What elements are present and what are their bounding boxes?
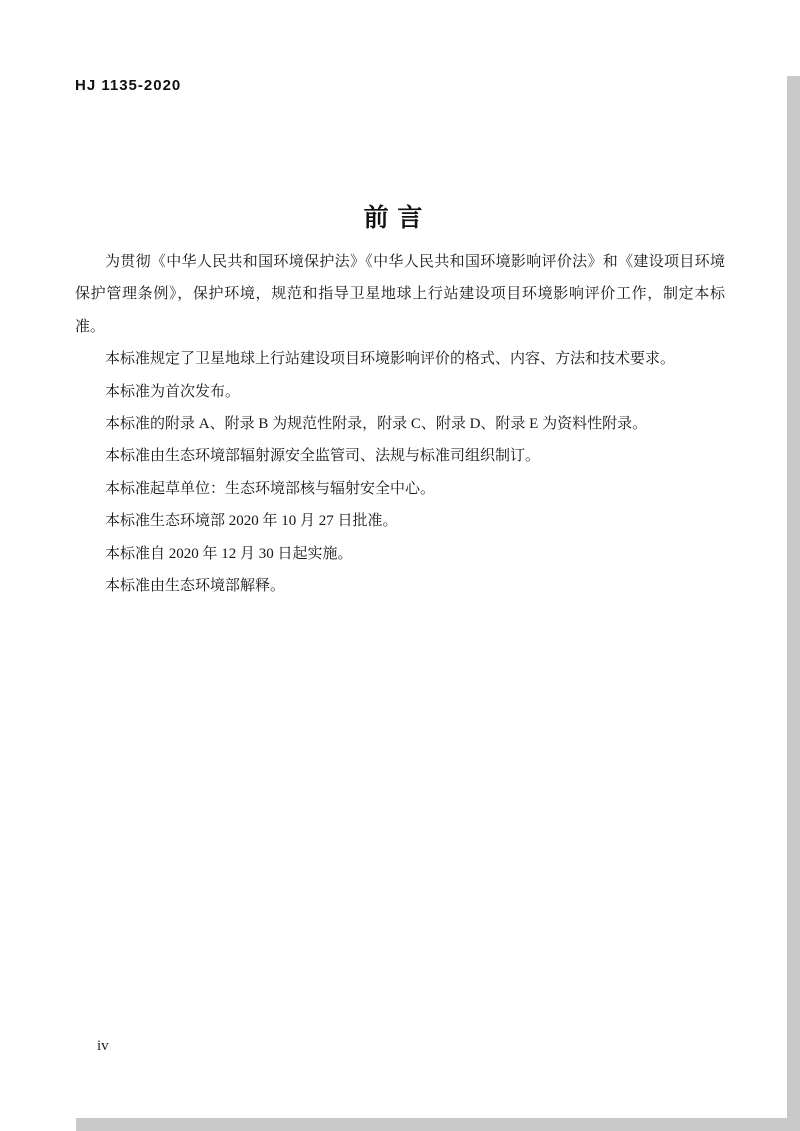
- foreword-paragraph: 本标准自 2020 年 12 月 30 日起实施。: [75, 538, 725, 570]
- foreword-paragraph: 为贯彻《中华人民共和国环境保护法》《中华人民共和国环境影响评价法》和《建设项目环…: [75, 246, 725, 343]
- foreword-body: 为贯彻《中华人民共和国环境保护法》《中华人民共和国环境影响评价法》和《建设项目环…: [75, 246, 725, 602]
- foreword-paragraph: 本标准起草单位：生态环境部核与辐射安全中心。: [75, 473, 725, 505]
- foreword-paragraph: 本标准规定了卫星地球上行站建设项目环境影响评价的格式、内容、方法和技术要求。: [75, 343, 725, 375]
- page-edge-shadow-right: [787, 76, 800, 1131]
- page-title: 前言: [0, 198, 786, 234]
- foreword-paragraph: 本标准由生态环境部解释。: [75, 570, 725, 602]
- foreword-paragraph: 本标准的附录 A、附录 B 为规范性附录，附录 C、附录 D、附录 E 为资料性…: [75, 408, 725, 440]
- standard-number-header: HJ 1135-2020: [75, 77, 181, 94]
- foreword-paragraph: 本标准生态环境部 2020 年 10 月 27 日批准。: [75, 505, 725, 537]
- page-edge-shadow-bottom: [76, 1118, 800, 1131]
- foreword-paragraph: 本标准为首次发布。: [75, 376, 725, 408]
- document-page: HJ 1135-2020 前言 为贯彻《中华人民共和国环境保护法》《中华人民共和…: [0, 0, 800, 1131]
- foreword-paragraph: 本标准由生态环境部辐射源安全监管司、法规与标准司组织制订。: [75, 440, 725, 472]
- page-number: iv: [97, 1038, 109, 1055]
